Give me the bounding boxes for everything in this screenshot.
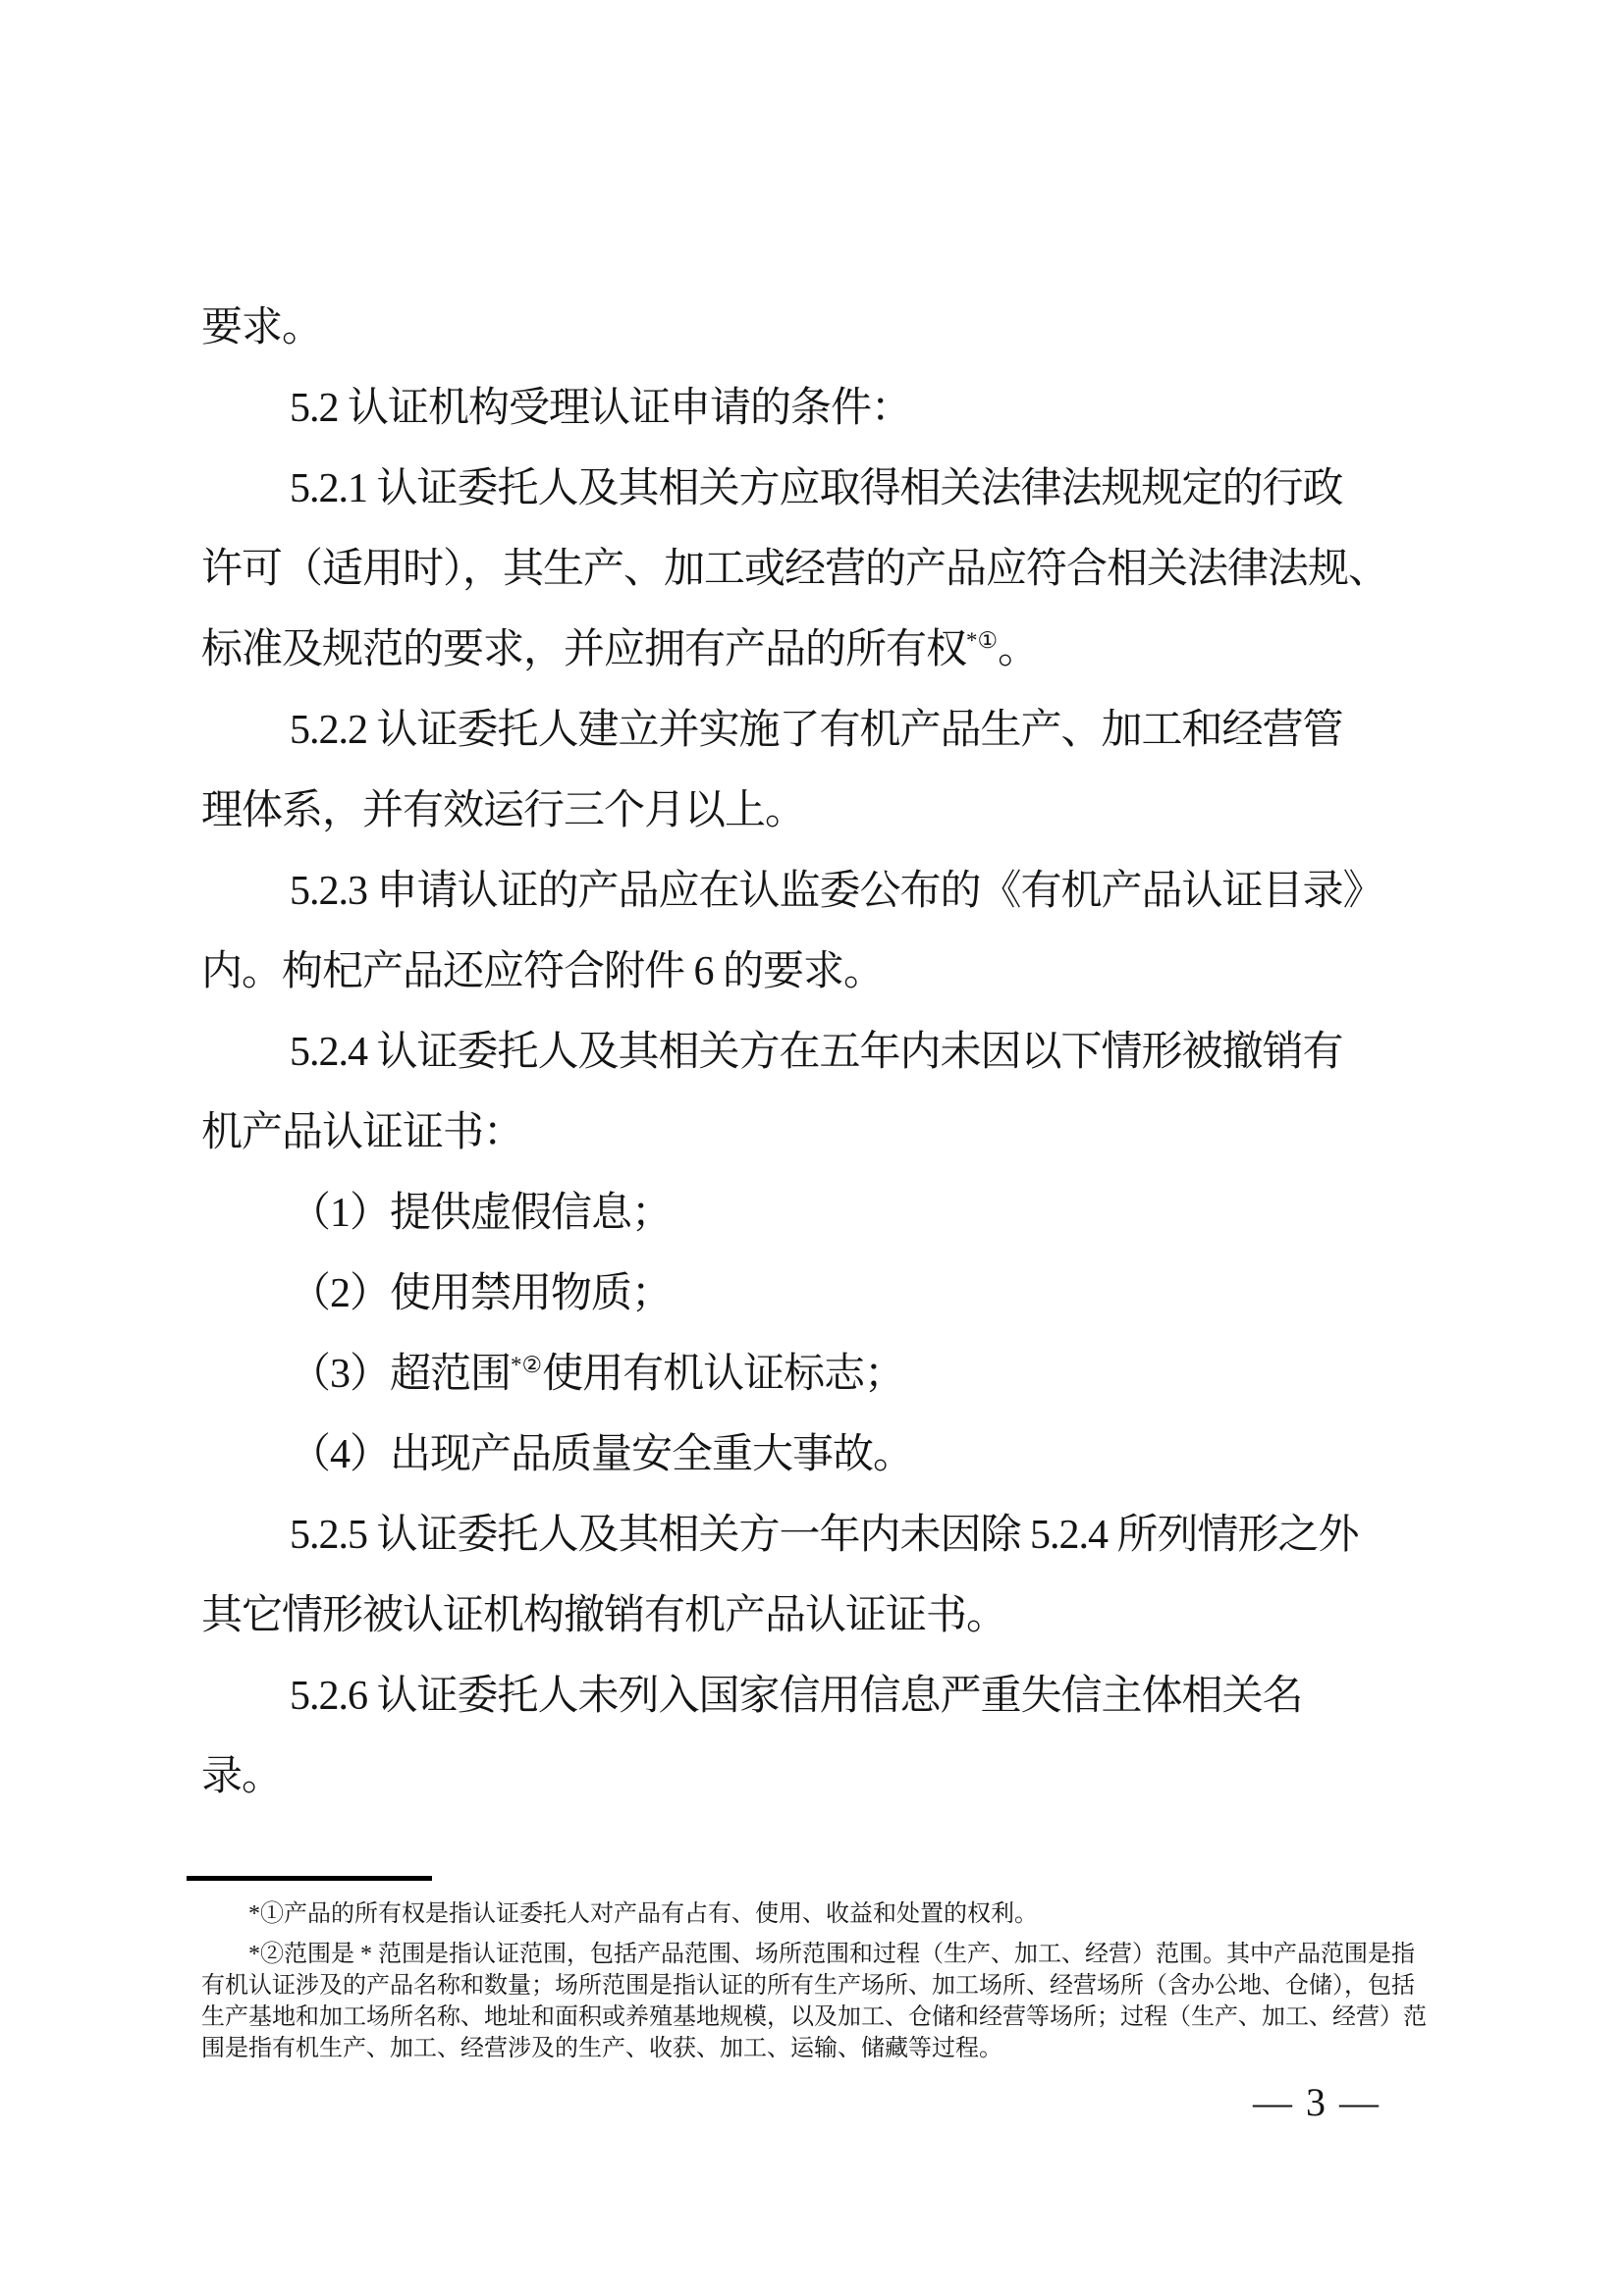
body-line: 许可（适用时），其生产、加工或经营的产品应符合相关法律法规、 — [201, 529, 1389, 610]
body-line: 录。 — [201, 1736, 1389, 1817]
body-line-item-4: （4）出现产品质量安全重大事故。 — [201, 1415, 1389, 1495]
body-line: 其它情形被认证机构撤销有机产品认证证书。 — [201, 1575, 1389, 1656]
body-line-section-5-2-2: 5.2.2 认证委托人建立并实施了有机产品生产、加工和经营管 — [201, 690, 1389, 771]
footnote-2-line: 围是指有机生产、加工、经营涉及的生产、收获、加工、运输、储藏等过程。 — [201, 2033, 1380, 2064]
document-page: 要求。 5.2 认证机构受理认证申请的条件： 5.2.1 认证委托人及其相关方应… — [0, 0, 1624, 2296]
body-line: 机产品认证证书： — [201, 1093, 1389, 1173]
body-line-text: 。 — [998, 627, 1038, 672]
body-line-text: 标准及规范的要求，并应拥有产品的所有权 — [201, 627, 966, 672]
footnote-separator — [187, 1876, 432, 1881]
body-line-section-5-2: 5.2 认证机构受理认证申请的条件： — [201, 368, 1389, 449]
footnote-ref-2: *② — [511, 1353, 542, 1377]
body-line-section-5-2-5: 5.2.5 认证委托人及其相关方一年内未因除 5.2.4 所列情形之外 — [201, 1495, 1389, 1575]
body-line-section-5-2-4: 5.2.4 认证委托人及其相关方在五年内未因以下情形被撤销有 — [201, 1012, 1389, 1093]
body-line-text: 使用有机认证标志； — [542, 1352, 904, 1397]
footnotes: *①产品的所有权是指认证委托人对产品有占有、使用、收益和处置的权利。 *②范围是… — [201, 1898, 1380, 2064]
body-line-item-2: （2）使用禁用物质； — [201, 1254, 1389, 1334]
footnote-2-line: 有机认证涉及的产品名称和数量；场所范围是指认证的所有生产场所、加工场所、经营场所… — [201, 1970, 1380, 2002]
body-line: 标准及规范的要求，并应拥有产品的所有权*①。 — [201, 610, 1389, 690]
body-line-section-5-2-3: 5.2.3 申请认证的产品应在认监委公布的《有机产品认证目录》 — [201, 851, 1389, 932]
footnote-1-line: *①产品的所有权是指认证委托人对产品有占有、使用、收益和处置的权利。 — [201, 1898, 1380, 1930]
body-line-item-1: （1）提供虚假信息； — [201, 1173, 1389, 1254]
body-line: 内。枸杞产品还应符合附件 6 的要求。 — [201, 932, 1389, 1012]
body-line-item-3: （3）超范围*②使用有机认证标志； — [201, 1334, 1389, 1415]
body-line-text: （3）超范围 — [290, 1352, 511, 1397]
footnote-ref-1: *① — [966, 628, 998, 653]
footnote-2-line: *②范围是 * 范围是指认证范围，包括产品范围、场所范围和过程（生产、加工、经营… — [201, 1939, 1380, 1970]
page-number: — 3 — — [1253, 2081, 1380, 2124]
body-line: 要求。 — [201, 288, 1389, 368]
document-body: 要求。 5.2 认证机构受理认证申请的条件： 5.2.1 认证委托人及其相关方应… — [201, 288, 1389, 1817]
footnote-2-line: 生产基地和加工场所名称、地址和面积或养殖基地规模，以及加工、仓储和经营等场所；过… — [201, 2002, 1380, 2033]
body-line: 理体系，并有效运行三个月以上。 — [201, 771, 1389, 851]
body-line-section-5-2-6: 5.2.6 认证委托人未列入国家信用信息严重失信主体相关名 — [201, 1656, 1389, 1736]
body-line-section-5-2-1: 5.2.1 认证委托人及其相关方应取得相关法律法规规定的行政 — [201, 449, 1389, 529]
